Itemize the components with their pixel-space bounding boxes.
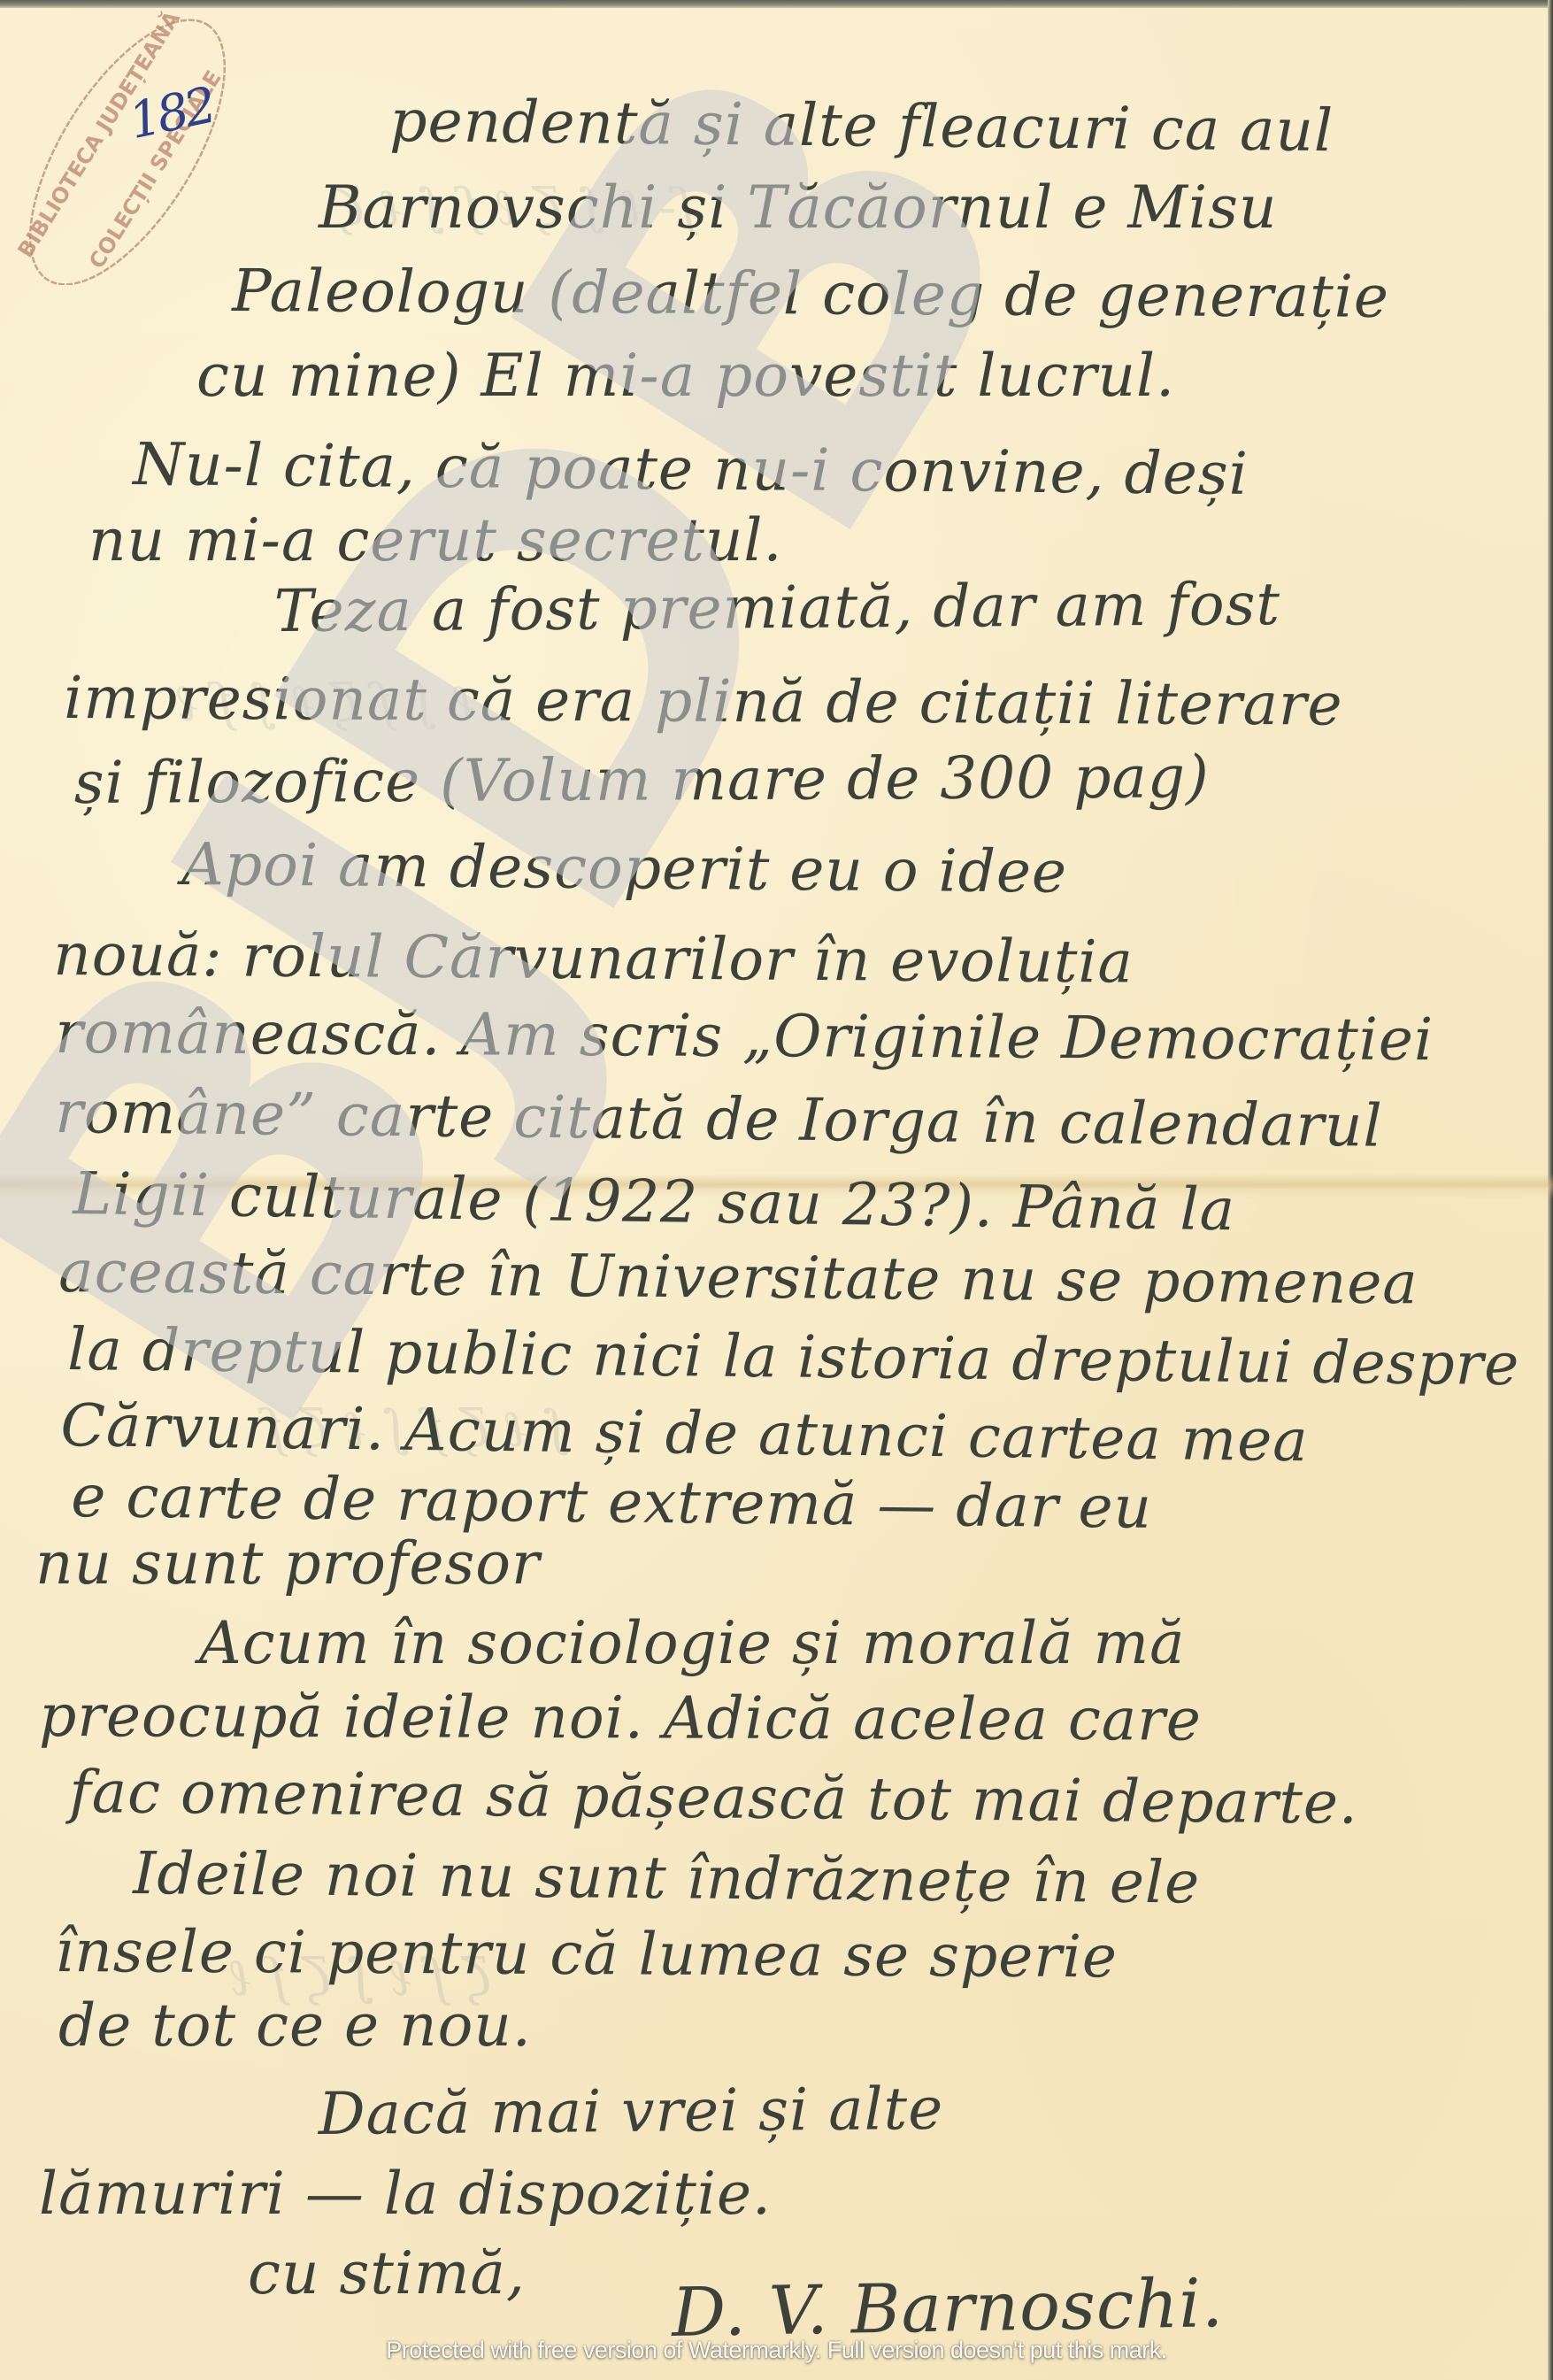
letter-line: pendentă și alte fleacuri ca aul — [389, 87, 1334, 165]
letter-closing: cu stimă, — [248, 2239, 526, 2307]
letter-line: Acum în sociologie și morală mă — [199, 1609, 1186, 1677]
letter-line: și filozofice (Volum mare de 300 pag) — [74, 743, 1210, 817]
letter-line: impresionat că era plină de citații lite… — [64, 664, 1343, 739]
letter-line: românească. Am scris „Originile Democraț… — [55, 998, 1434, 1074]
letter-line: fac omenirea să pășească tot mai departe… — [69, 1758, 1358, 1837]
letter-line: lămuriri — la dispoziție. — [39, 2160, 772, 2228]
watermarkly-notice: Protected with free version of Watermark… — [0, 2337, 1553, 2364]
letter-line: Nu-l cita, că poate nu-i convine, deși — [133, 430, 1249, 508]
library-stamp: BIBLIOTECA JUDEȚEANĂ COLECȚII SPECIALE — [4, 11, 251, 285]
letter-line: Teza a fost premiată, dar am fost — [273, 570, 1280, 645]
letter-line: nu sunt profesor — [35, 1529, 541, 1598]
letter-line: nu mi-a cerut secretul. — [88, 506, 783, 574]
letter-line: Ideile noi nu sunt îndrăznețe în ele — [133, 1839, 1200, 1917]
letter-line: Paleologu (dealtfel coleg de generație — [232, 257, 1389, 331]
letter-line: Barnovschi și Tăcăornul e Misu — [319, 173, 1278, 242]
letter-page: ſ‑ ℓ ∫ ζ ℓ ſ ∫ ℓ ζ ℓ ∫ ſ ζ ℓ ∫ ſ ℓ ∫ ℓ ζ… — [0, 0, 1553, 2380]
letter-line: însele ci pentru că lumea se sperie — [55, 1917, 1118, 1991]
letter-line: Ligii culturale (1922 sau 23?). Până la — [73, 1159, 1236, 1244]
letter-line: la dreptul public nici la istoria dreptu… — [67, 1315, 1520, 1398]
letter-line: Cărvunari. Acum și de atunci cartea mea — [60, 1391, 1309, 1475]
letter-line: de tot ce e nou. — [58, 1991, 532, 2060]
letter-line: cu mine) El mi-a povestit lucrul. — [196, 342, 1175, 410]
letter-line: Dacă mai vrei și alte — [318, 2075, 943, 2148]
paper-top-edge — [0, 0, 1553, 8]
letter-line: nouă: rolul Cărvunarilor în evoluția — [53, 920, 1134, 997]
letter-line: Apoi am descoperit eu o idee — [181, 830, 1067, 906]
letter-line: această carte în Universitate nu se pome… — [58, 1237, 1418, 1317]
letter-line: preocupă ideile noi. Adică acelea care — [39, 1682, 1202, 1754]
letter-line: române” carte citată de Iorga în calenda… — [55, 1078, 1383, 1160]
